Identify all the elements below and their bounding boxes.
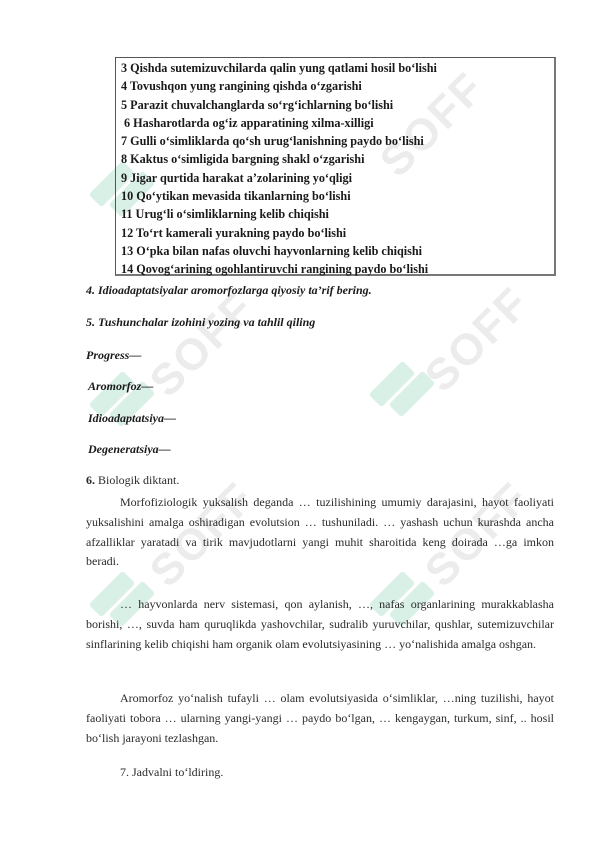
dictation-heading: 6. Biologik diktant. <box>86 473 179 488</box>
dictation-number: 6. <box>86 473 95 487</box>
dictation-paragraph: Morfofiziologik yuksalish deganda … tuzi… <box>86 493 554 572</box>
table-row: 7 Gulli o‘simliklarda qo‘sh urug‘lanishn… <box>121 132 554 150</box>
term-degeneratsiya: Degeneratsiya— <box>88 442 171 457</box>
term-aromorfoz: Aromorfoz— <box>88 379 153 394</box>
term-progress: Progress— <box>86 348 141 363</box>
watermark-text: SOFF <box>416 278 540 402</box>
table-row: 9 Jigar qurtida harakat a’zolarining yo‘… <box>121 169 554 187</box>
table-row: 6 Hasharotlarda og‘iz apparatining xilma… <box>121 114 554 132</box>
dictation-paragraph: Aromorfoz yo‘nalish tufayli … olam evolu… <box>86 689 554 748</box>
table-row: 12 To‘rt kamerali yurakning paydo bo‘lis… <box>121 224 554 242</box>
watermark-text: SOFF <box>141 283 265 407</box>
task-7: 7. Jadvalni to‘ldiring. <box>120 765 223 780</box>
term-idioadaptatsiya: Idioadaptatsiya— <box>88 411 176 426</box>
table-row: 10 Qo‘ytikan mevasida tikanlarning bo‘li… <box>121 187 554 205</box>
soff-logo-icon <box>375 360 435 420</box>
dictation-paragraph: … hayvonlarda nerv sistemasi, qon aylani… <box>86 595 554 654</box>
table-row: 5 Parazit chuvalchanglarda so‘rg‘ichlarn… <box>121 96 554 114</box>
table-row: 13 O‘pka bilan nafas oluvchi hayvonlarni… <box>121 242 554 260</box>
dictation-title: Biologik diktant. <box>95 473 179 487</box>
table-row: 8 Kaktus o‘simligida bargning shakl o‘zg… <box>121 150 554 168</box>
table-row: 4 Tovushqon yung rangining qishda o‘zgar… <box>121 77 554 95</box>
question-5: 5. Tushunchalar izohini yozing va tahlil… <box>86 315 315 330</box>
features-table: 3 Qishda sutemizuvchilarda qalin yung qa… <box>115 57 556 276</box>
question-4: 4. Idioadaptatsiyalar aromorfozlarga qiy… <box>86 283 372 298</box>
table-row: 14 Qovog‘arining ogohlantiruvchi rangini… <box>121 260 554 278</box>
table-row: 11 Urug‘li o‘simliklarning kelib chiqish… <box>121 205 554 223</box>
table-row: 3 Qishda sutemizuvchilarda qalin yung qa… <box>121 59 554 77</box>
